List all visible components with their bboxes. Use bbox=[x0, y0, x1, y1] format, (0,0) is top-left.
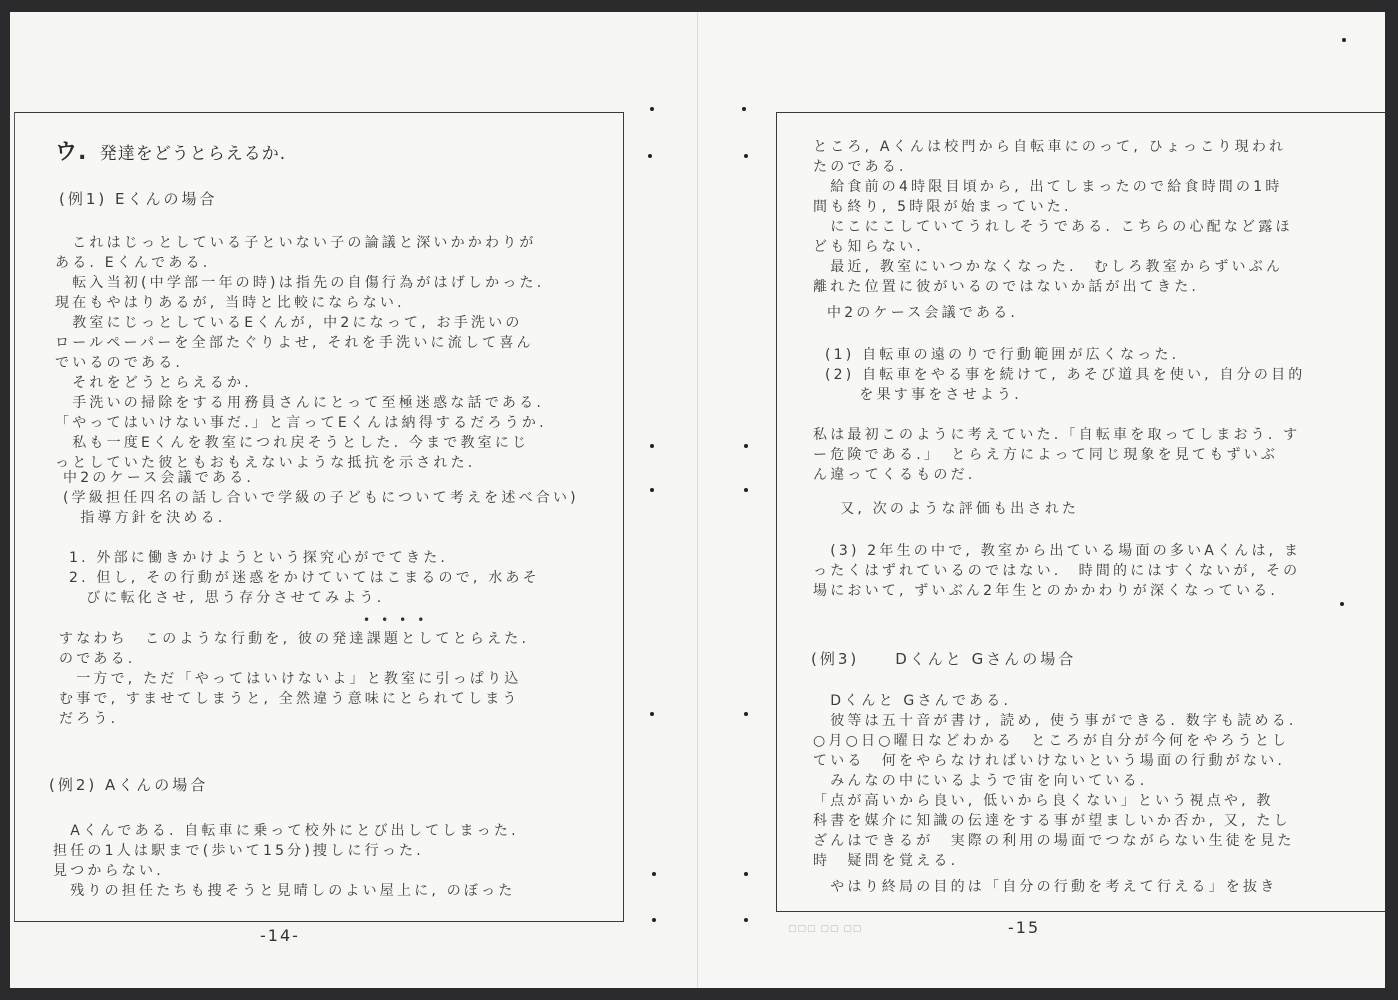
text-line: 私は最初このように考えていた.「自転車を取ってしまおう. す bbox=[813, 425, 1300, 445]
emphasis-dots: •••• bbox=[363, 613, 435, 627]
punch-hole bbox=[744, 872, 748, 876]
text-line: ている 何をやらなければいけないという場面の行動がない. bbox=[813, 751, 1297, 771]
text-line: ん違ってくるものだ. bbox=[813, 465, 1300, 485]
text-line: (学級担任四名の話し合いで学級の子どもについて考えを述べ合い) bbox=[63, 488, 579, 508]
text-frame: ところ, Aくんは校門から自転車にのって, ひょっこり現われたのである. 給食前… bbox=[776, 112, 1385, 912]
text-line: 給食前の4時限目頃から, 出てしまったので給食時間の1時 bbox=[813, 177, 1293, 197]
example3-heading: (例3) Dくんと Gさんの場合 bbox=[811, 649, 1076, 669]
text-line: 教室にじっとしているEくんが, 中2になって, お手洗いの bbox=[55, 313, 547, 333]
punch-hole bbox=[650, 712, 654, 716]
page-15: ところ, Aくんは校門から自転車にのって, ひょっこり現われたのである. 給食前… bbox=[698, 12, 1385, 988]
text-line: 見つからない. bbox=[53, 861, 519, 881]
text-line: 指導方針を決める. bbox=[63, 508, 579, 528]
evaluation-intro: 又, 次のような評価も出された bbox=[823, 499, 1079, 519]
example2-heading: (例2) Aくんの場合 bbox=[49, 775, 208, 795]
text-line: 現在もやはりあるが, 当時と比較にならない. bbox=[55, 293, 547, 313]
text-line: を果す事をさせよう. bbox=[825, 385, 1305, 405]
text-line: 2. 但し, その行動が迷惑をかけていてはこまるので, 水あそ bbox=[69, 568, 540, 588]
text-line: (2) 自転車をやる事を続けて, あそび道具を使い, 自分の目的 bbox=[825, 365, 1305, 385]
text-line: みんなの中にいるようで宙を向いている. bbox=[813, 771, 1297, 791]
punch-hole bbox=[652, 918, 656, 922]
text-line: (3) 2年生の中で, 教室から出ている場面の多いAくんは, ま bbox=[813, 541, 1301, 561]
text-line: 時 疑問を覚える. bbox=[813, 851, 1297, 871]
text-line: びに転化させ, 思う存分させてみよう. bbox=[69, 588, 540, 608]
text-line: 場において, ずいぶん2年生とのかかわりが深くなっている. bbox=[813, 581, 1301, 601]
punch-hole bbox=[744, 444, 748, 448]
text-line: 「やってはいけない事だ.」と言ってEくんは納得するだろうか. bbox=[55, 413, 547, 433]
meeting-heading: 中2のケース会議である. bbox=[827, 303, 1018, 323]
text-line: のである. bbox=[59, 649, 529, 669]
section-title: ウ. 発達をどうとらえるか. bbox=[55, 135, 286, 166]
punch-hole bbox=[652, 872, 656, 876]
text-line: 最近, 教室にいつかなくなった. むしろ教室からずいぶん bbox=[813, 257, 1293, 277]
punch-hole bbox=[744, 488, 748, 492]
punch-hole bbox=[650, 444, 654, 448]
text-line: 科書を媒介に知識の伝達をする事が望ましいか否か, 又, たし bbox=[813, 811, 1297, 831]
text-line: む事で, すませてしまうと, 全然違う意味にとられてしまう bbox=[59, 689, 529, 709]
text-line: 私も一度Eくんを教室につれ戻そうとした. 今まで教室にじ bbox=[55, 433, 547, 453]
example1-conclusion: すなわち このような行動を, 彼の発達課題としてとらえた.のである. 一方で, … bbox=[59, 629, 529, 729]
example2-paragraph: Aくんである. 自転車に乗って校外にとび出してしまった.担任の1人は駅まで(歩い… bbox=[53, 821, 519, 901]
page-14: ウ. 発達をどうとらえるか. (例1) Eくんの場合 これはじっとしている子とい… bbox=[10, 12, 698, 988]
meeting-points: (1) 自転車の遠のりで行動範囲が広くなった.(2) 自転車をやる事を続けて, … bbox=[825, 345, 1305, 405]
page-number: -14- bbox=[260, 926, 300, 945]
text-line: ども知らない. bbox=[813, 237, 1293, 257]
text-line: 手洗いの掃除をする用務員さんにとって至極迷惑な話である. bbox=[55, 393, 547, 413]
text-line: でいるのである. bbox=[55, 353, 547, 373]
text-line: それをどうとらえるか. bbox=[55, 373, 547, 393]
text-line: 転入当初(中学部一年の時)は指先の自傷行為がはげしかった. bbox=[55, 273, 547, 293]
example3-closing: やはり終局の目的は「自分の行動を考えて行える」を抜き bbox=[813, 877, 1277, 897]
text-line: (1) 自転車の遠のりで行動範囲が広くなった. bbox=[825, 345, 1305, 365]
text-line: ロールペーパーを全部たぐりよせ, それを手洗いに流して喜ん bbox=[55, 333, 547, 353]
section-title-text: 発達をどうとらえるか. bbox=[100, 144, 286, 164]
text-line: 一方で, ただ「やってはいけないよ」と教室に引っぱり込 bbox=[59, 669, 529, 689]
text-line: 「点が高いから良い, 低いから良くない」という視点や, 教 bbox=[813, 791, 1297, 811]
section-mark: ウ. bbox=[55, 140, 87, 165]
book-spread: ウ. 発達をどうとらえるか. (例1) Eくんの場合 これはじっとしている子とい… bbox=[10, 12, 1385, 988]
punch-hole bbox=[742, 107, 746, 111]
example1-points: 1. 外部に働きかけようという探究心がでてきた.2. 但し, その行動が迷惑をか… bbox=[69, 548, 540, 608]
text-line: ったくはずれているのではない. 時間的にはすくないが, その bbox=[813, 561, 1301, 581]
text-line: 1. 外部に働きかけようという探究心がでてきた. bbox=[69, 548, 540, 568]
text-line: Dくんと Gさんである. bbox=[813, 691, 1297, 711]
text-line: 彼等は五十音が書け, 読め, 使う事ができる. 数字も読める. bbox=[813, 711, 1297, 731]
text-line: にこにこしていてうれしそうである. こちらの心配など露ほ bbox=[813, 217, 1293, 237]
text-line: だろう. bbox=[59, 709, 529, 729]
example1-heading: (例1) Eくんの場合 bbox=[59, 189, 218, 209]
text-line: 残りの担任たちも捜そうと見晴しのよい屋上に, のぼった bbox=[53, 881, 519, 901]
example1-meeting: 中2のケース会議である.(学級担任四名の話し合いで学級の子どもについて考えを述べ… bbox=[63, 468, 579, 528]
archive-stamp: ▢▢▢ ▢▢ ▢▢ bbox=[788, 924, 862, 934]
punch-hole bbox=[744, 712, 748, 716]
text-line: ところ, Aくんは校門から自転車にのって, ひょっこり現われ bbox=[813, 137, 1293, 157]
punch-hole bbox=[1342, 38, 1346, 42]
text-line: たのである. bbox=[813, 157, 1293, 177]
continuation-paragraph: ところ, Aくんは校門から自転車にのって, ひょっこり現われたのである. 給食前… bbox=[813, 137, 1293, 297]
reflection-paragraph: 私は最初このように考えていた.「自転車を取ってしまおう. すー危険である.」 と… bbox=[813, 425, 1300, 485]
text-line: ー危険である.」 とらえ方によって同じ現象を見てもずいぶ bbox=[813, 445, 1300, 465]
text-line: Aくんである. 自転車に乗って校外にとび出してしまった. bbox=[53, 821, 519, 841]
punch-hole bbox=[744, 918, 748, 922]
example1-paragraph: これはじっとしている子といない子の論議と深いかかわりがある. Eくんである. 転… bbox=[55, 233, 547, 473]
text-line: これはじっとしている子といない子の論議と深いかかわりが bbox=[55, 233, 547, 253]
page-number: -15 bbox=[1008, 918, 1040, 937]
text-line: ○月○日○曜日などわかる ところが自分が今何をやろうとし bbox=[813, 731, 1297, 751]
text-line: すなわち このような行動を, 彼の発達課題としてとらえた. bbox=[59, 629, 529, 649]
punch-hole bbox=[648, 154, 652, 158]
text-frame: ウ. 発達をどうとらえるか. (例1) Eくんの場合 これはじっとしている子とい… bbox=[14, 112, 624, 922]
punch-hole bbox=[650, 107, 654, 111]
text-line: 離れた位置に彼がいるのではないか話が出てきた. bbox=[813, 277, 1293, 297]
text-line: ざんはできるが 実際の利用の場面でつながらない生徒を見た bbox=[813, 831, 1297, 851]
example3-paragraph: Dくんと Gさんである. 彼等は五十音が書け, 読め, 使う事ができる. 数字も… bbox=[813, 691, 1297, 871]
punch-hole bbox=[744, 154, 748, 158]
text-line: 担任の1人は駅まで(歩いて15分)捜しに行った. bbox=[53, 841, 519, 861]
punch-hole bbox=[650, 488, 654, 492]
text-line: 中2のケース会議である. bbox=[63, 468, 579, 488]
text-line: 間も終り, 5時限が始まっていた. bbox=[813, 197, 1293, 217]
text-line: ある. Eくんである. bbox=[55, 253, 547, 273]
punch-hole bbox=[1340, 602, 1344, 606]
evaluation-paragraph: (3) 2年生の中で, 教室から出ている場面の多いAくんは, まったくはずれてい… bbox=[813, 541, 1301, 601]
